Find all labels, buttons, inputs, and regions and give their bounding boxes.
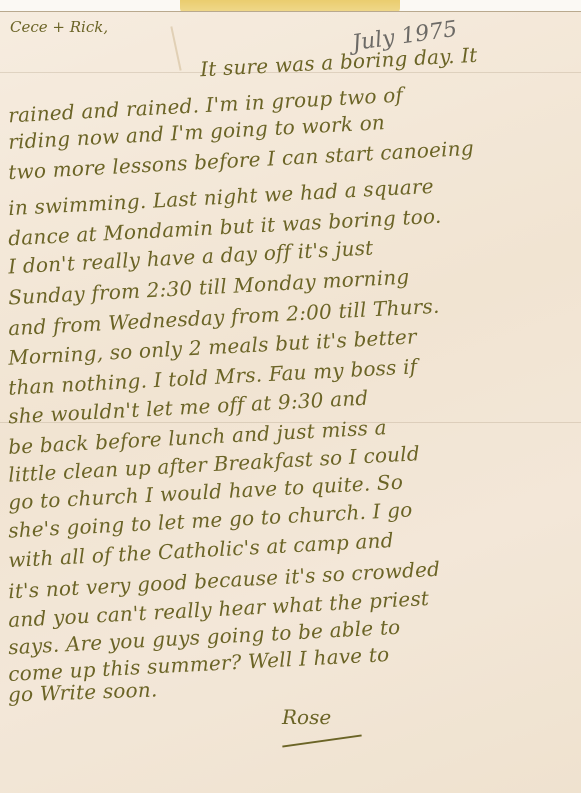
signature: Rose [282, 705, 331, 729]
salutation: Cece + Rick, [10, 18, 108, 36]
paper-crease [170, 26, 181, 70]
